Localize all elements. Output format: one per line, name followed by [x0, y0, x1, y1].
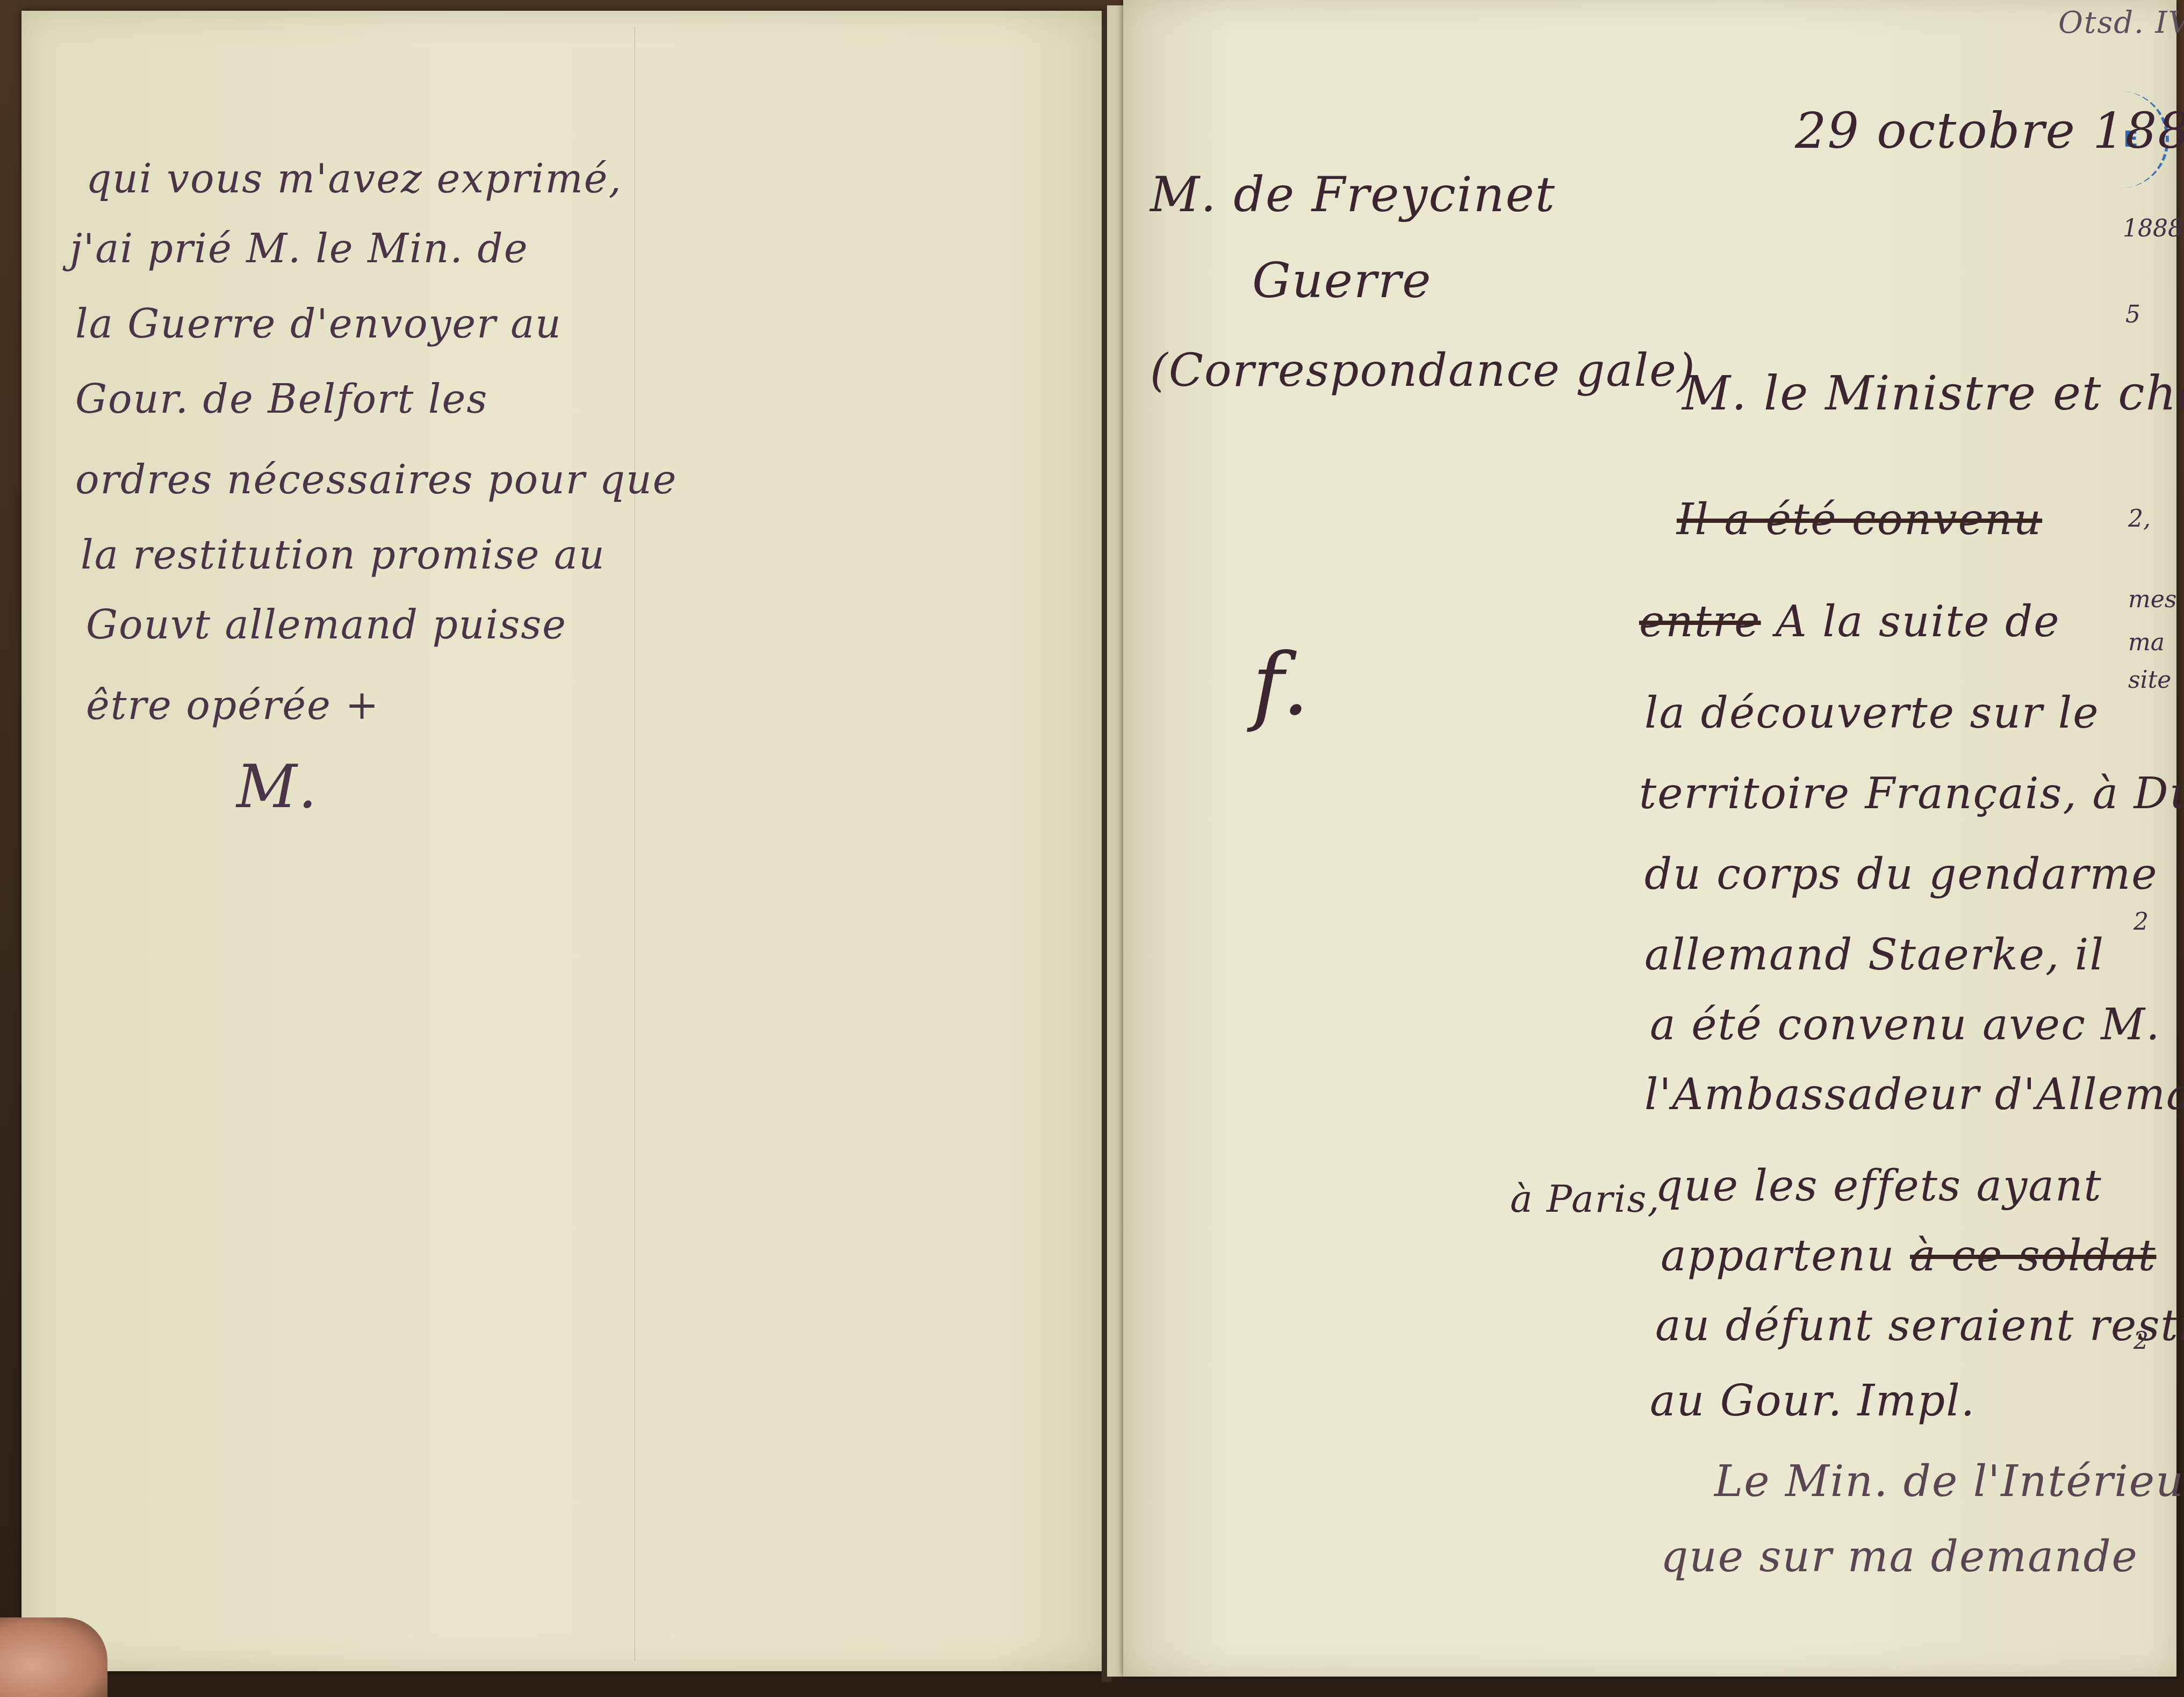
body-line-9: appartenu à ce soldat	[1661, 1231, 2157, 1281]
inner-sheet-edge	[97, 27, 635, 1660]
body-line-13: que sur ma demande	[1661, 1531, 2138, 1581]
left-line-3: la Guerre d'envoyer au	[75, 301, 562, 347]
right-margin-mark-7: 2	[2133, 908, 2149, 936]
left-signature: M.	[236, 752, 318, 821]
initial-mark: f.	[1252, 634, 1310, 735]
body-line-7: l'Ambassadeur d'Allemagne	[1644, 1069, 2184, 1119]
right-margin-mark-2: 5	[2125, 301, 2140, 328]
body-text: appartenu	[1661, 1231, 1895, 1281]
body-text: A la suite de	[1776, 596, 2060, 646]
body-line-1: entre A la suite de	[1639, 596, 2060, 646]
body-line-5: allemand Staerke, il	[1644, 930, 2104, 980]
left-line-1: qui vous m'avez exprimé,	[86, 156, 622, 202]
body-line-2: la découverte sur le	[1644, 688, 2100, 738]
letter-date: 29 octobre 1888	[1795, 102, 2184, 160]
right-margin-mark-3: 2,	[2128, 505, 2151, 533]
body-line-10: au défunt seraient restitués	[1655, 1300, 2184, 1350]
left-line-7: Gouvt allemand puisse	[86, 602, 567, 648]
archive-mark: Otsd. IV	[2058, 5, 2184, 40]
right-margin-mark-4: mes	[2128, 586, 2176, 613]
struck-words: à ce soldat	[1910, 1231, 2157, 1281]
addressee: M. de Freycinet	[1150, 167, 1556, 223]
left-line-2: j'ai prié M. le Min. de	[70, 226, 528, 272]
department: Guerre	[1252, 253, 1432, 309]
struck-word: entre	[1639, 596, 1761, 646]
left-line-5: ordres nécessaires pour que	[75, 457, 677, 503]
right-margin-mark-6: site	[2128, 666, 2171, 694]
correspondence-note: (Correspondance gale)	[1150, 344, 1696, 397]
left-line-4: Gour. de Belfort les	[75, 376, 488, 422]
struck-heading: Il a été convenu	[1677, 494, 2042, 544]
margin-note-paris: à Paris,	[1510, 1177, 1661, 1221]
finger-holding-page	[0, 1617, 107, 1697]
body-line-8: que les effets ayant	[1655, 1161, 2102, 1211]
salutation: M. le Ministre et cher	[1682, 365, 2184, 421]
body-line-4: du corps du gendarme	[1644, 849, 2158, 899]
body-line-12: Le Min. de l'Intérieur,	[1714, 1456, 2184, 1506]
body-line-11: au Gour. Impl.	[1650, 1376, 1975, 1426]
body-line-6: a été convenu avec M.	[1650, 999, 2161, 1049]
right-margin-mark-1: 1888	[2123, 215, 2183, 242]
left-line-6: la restitution promise au	[81, 532, 606, 578]
right-margin-mark-5: ma	[2128, 629, 2165, 656]
left-line-8: être opérée +	[86, 682, 379, 729]
right-margin-mark-8: 2	[2133, 1327, 2149, 1355]
body-line-3: territoire Français, à Duarcq	[1639, 768, 2184, 818]
